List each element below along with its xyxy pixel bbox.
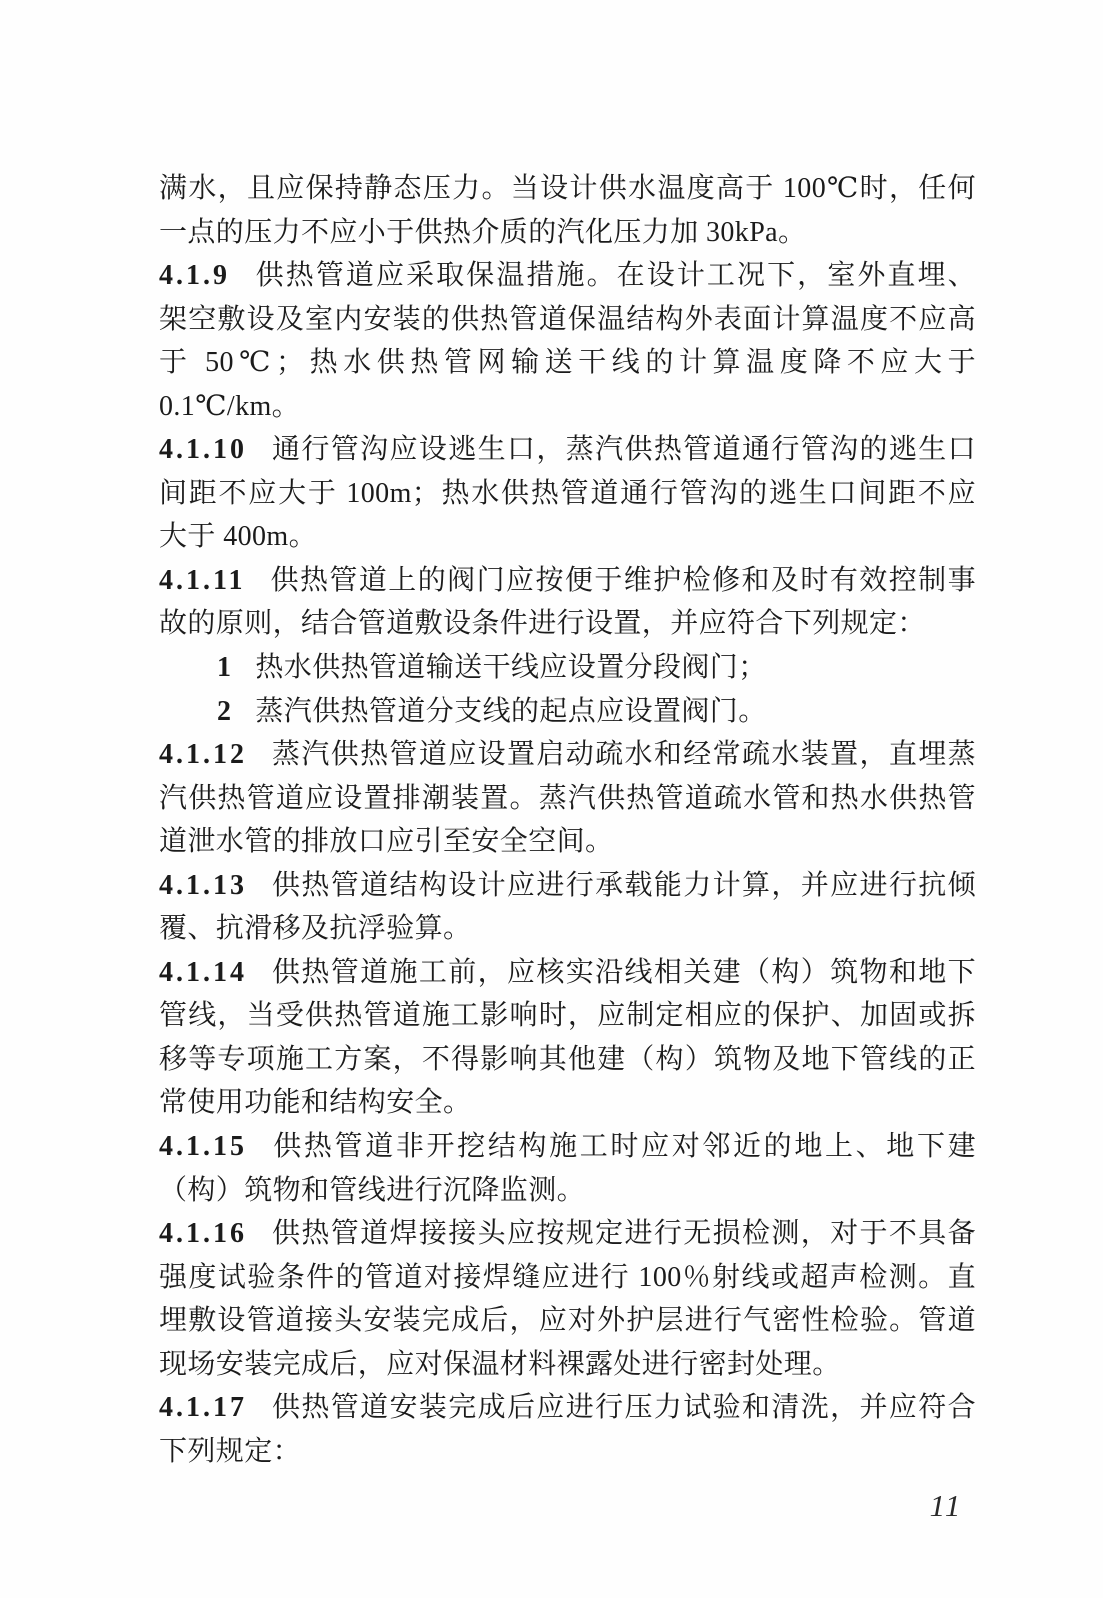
line-text: 大于 400m。 [159, 521, 317, 552]
line-text: 供热管道焊接接头应按规定进行无损检测，对于不具备 [271, 1218, 976, 1249]
line-text: 强度试验条件的管道对接焊缝应进行 100％射线或超声检测。直 [159, 1262, 976, 1293]
clause-number: 4.1.17 [159, 1392, 247, 1423]
text-line: 管线，当受供热管道施工影响时，应制定相应的保护、加固或拆 [159, 994, 976, 1038]
clause-number: 4.1.16 [159, 1218, 247, 1249]
text-line: 于 50℃；热水供热管网输送干线的计算温度降不应大于 [159, 341, 976, 385]
clause-number: 4.1.11 [159, 565, 245, 596]
line-text: 汽供热管道应设置排潮装置。蒸汽供热管道疏水管和热水供热管 [159, 783, 976, 814]
clause-number: 4.1.14 [159, 957, 247, 988]
line-text: 热水供热管道输送干线应设置分段阀门； [255, 652, 766, 683]
line-text: 于 50℃；热水供热管网输送干线的计算温度降不应大于 [159, 347, 976, 378]
line-text: 供热管道应采取保温措施。在设计工况下，室外直埋、 [254, 260, 976, 291]
text-line: 故的原则，结合管道敷设条件进行设置，并应符合下列规定： [159, 602, 976, 646]
line-text: 故的原则，结合管道敷设条件进行设置，并应符合下列规定： [159, 608, 926, 639]
text-line: 1热水供热管道输送干线应设置分段阀门； [159, 646, 976, 690]
text-line: 4.1.11供热管道上的阀门应按便于维护检修和及时有效控制事 [159, 559, 976, 603]
line-text: 下列规定： [159, 1436, 301, 1467]
text-line: 移等专项施工方案，不得影响其他建（构）筑物及地下管线的正 [159, 1038, 976, 1082]
text-line: 道泄水管的排放口应引至安全空间。 [159, 820, 976, 864]
list-item-number: 1 [217, 652, 231, 683]
line-text: 移等专项施工方案，不得影响其他建（构）筑物及地下管线的正 [159, 1044, 976, 1075]
line-text: 埋敷设管道接头安装完成后，应对外护层进行气密性检验。管道 [159, 1305, 976, 1336]
clause-number: 4.1.15 [159, 1131, 247, 1162]
text-line: 现场安装完成后，应对保温材料裸露处进行密封处理。 [159, 1343, 976, 1387]
text-line: 埋敷设管道接头安装完成后，应对外护层进行气密性检验。管道 [159, 1299, 976, 1343]
text-line: 大于 400m。 [159, 515, 976, 559]
document-page: 满水，且应保持静态压力。当设计供水温度高于 100℃时，任何一点的压力不应小于供… [0, 0, 1103, 1598]
text-block: 满水，且应保持静态压力。当设计供水温度高于 100℃时，任何一点的压力不应小于供… [159, 167, 976, 1473]
text-line: 汽供热管道应设置排潮装置。蒸汽供热管道疏水管和热水供热管 [159, 777, 976, 821]
line-text: 常使用功能和结构安全。 [159, 1087, 471, 1118]
clause-number: 4.1.13 [159, 870, 247, 901]
text-line: 4.1.9供热管道应采取保温措施。在设计工况下，室外直埋、 [159, 254, 976, 298]
text-line: 间距不应大于 100m；热水供热管道通行管沟的逃生口间距不应 [159, 472, 976, 516]
line-text: 供热管道安装完成后应进行压力试验和清洗，并应符合 [271, 1392, 976, 1423]
text-line: 满水，且应保持静态压力。当设计供水温度高于 100℃时，任何 [159, 167, 976, 211]
page-number: 11 [916, 1488, 976, 1524]
list-item-number: 2 [217, 696, 231, 727]
text-line: 强度试验条件的管道对接焊缝应进行 100％射线或超声检测。直 [159, 1256, 976, 1300]
text-line: 4.1.17供热管道安装完成后应进行压力试验和清洗，并应符合 [159, 1386, 976, 1430]
line-text: 覆、抗滑移及抗浮验算。 [159, 913, 471, 944]
line-text: 供热管道上的阀门应按便于维护检修和及时有效控制事 [269, 565, 976, 596]
text-line: 架空敷设及室内安装的供热管道保温结构外表面计算温度不应高 [159, 298, 976, 342]
line-text: 供热管道结构设计应进行承载能力计算，并应进行抗倾 [271, 870, 976, 901]
line-text: 架空敷设及室内安装的供热管道保温结构外表面计算温度不应高 [159, 304, 976, 335]
line-text: 供热管道施工前，应核实沿线相关建（构）筑物和地下 [271, 957, 976, 988]
text-line: 2蒸汽供热管道分支线的起点应设置阀门。 [159, 690, 976, 734]
line-text: 0.1℃/km。 [159, 391, 300, 422]
text-line: （构）筑物和管线进行沉降监测。 [159, 1169, 976, 1213]
clause-number: 4.1.12 [159, 739, 247, 770]
text-line: 4.1.15供热管道非开挖结构施工时应对邻近的地上、地下建 [159, 1125, 976, 1169]
text-line: 4.1.16供热管道焊接接头应按规定进行无损检测，对于不具备 [159, 1212, 976, 1256]
line-text: 供热管道非开挖结构施工时应对邻近的地上、地下建 [271, 1131, 976, 1162]
line-text: 现场安装完成后，应对保温材料裸露处进行密封处理。 [159, 1349, 841, 1380]
text-line: 下列规定： [159, 1430, 976, 1474]
text-line: 4.1.13供热管道结构设计应进行承载能力计算，并应进行抗倾 [159, 864, 976, 908]
text-line: 4.1.14供热管道施工前，应核实沿线相关建（构）筑物和地下 [159, 951, 976, 995]
text-line: 4.1.10通行管沟应设逃生口，蒸汽供热管道通行管沟的逃生口 [159, 428, 976, 472]
line-text: 道泄水管的排放口应引至安全空间。 [159, 826, 613, 857]
text-line: 常使用功能和结构安全。 [159, 1081, 976, 1125]
clause-number: 4.1.9 [159, 260, 230, 291]
text-line: 一点的压力不应小于供热介质的汽化压力加 30kPa。 [159, 211, 976, 255]
line-text: 管线，当受供热管道施工影响时，应制定相应的保护、加固或拆 [159, 1000, 976, 1031]
line-text: 间距不应大于 100m；热水供热管道通行管沟的逃生口间距不应 [159, 478, 976, 509]
line-text: （构）筑物和管线进行沉降监测。 [159, 1175, 585, 1206]
line-text: 蒸汽供热管道分支线的起点应设置阀门。 [255, 696, 766, 727]
line-text: 蒸汽供热管道应设置启动疏水和经常疏水装置，直埋蒸 [271, 739, 976, 770]
text-line: 4.1.12蒸汽供热管道应设置启动疏水和经常疏水装置，直埋蒸 [159, 733, 976, 777]
clause-number: 4.1.10 [159, 434, 247, 465]
text-line: 0.1℃/km。 [159, 385, 976, 429]
line-text: 一点的压力不应小于供热介质的汽化压力加 30kPa。 [159, 217, 806, 248]
line-text: 满水，且应保持静态压力。当设计供水温度高于 100℃时，任何 [159, 173, 976, 204]
text-line: 覆、抗滑移及抗浮验算。 [159, 907, 976, 951]
line-text: 通行管沟应设逃生口，蒸汽供热管道通行管沟的逃生口 [271, 434, 976, 465]
